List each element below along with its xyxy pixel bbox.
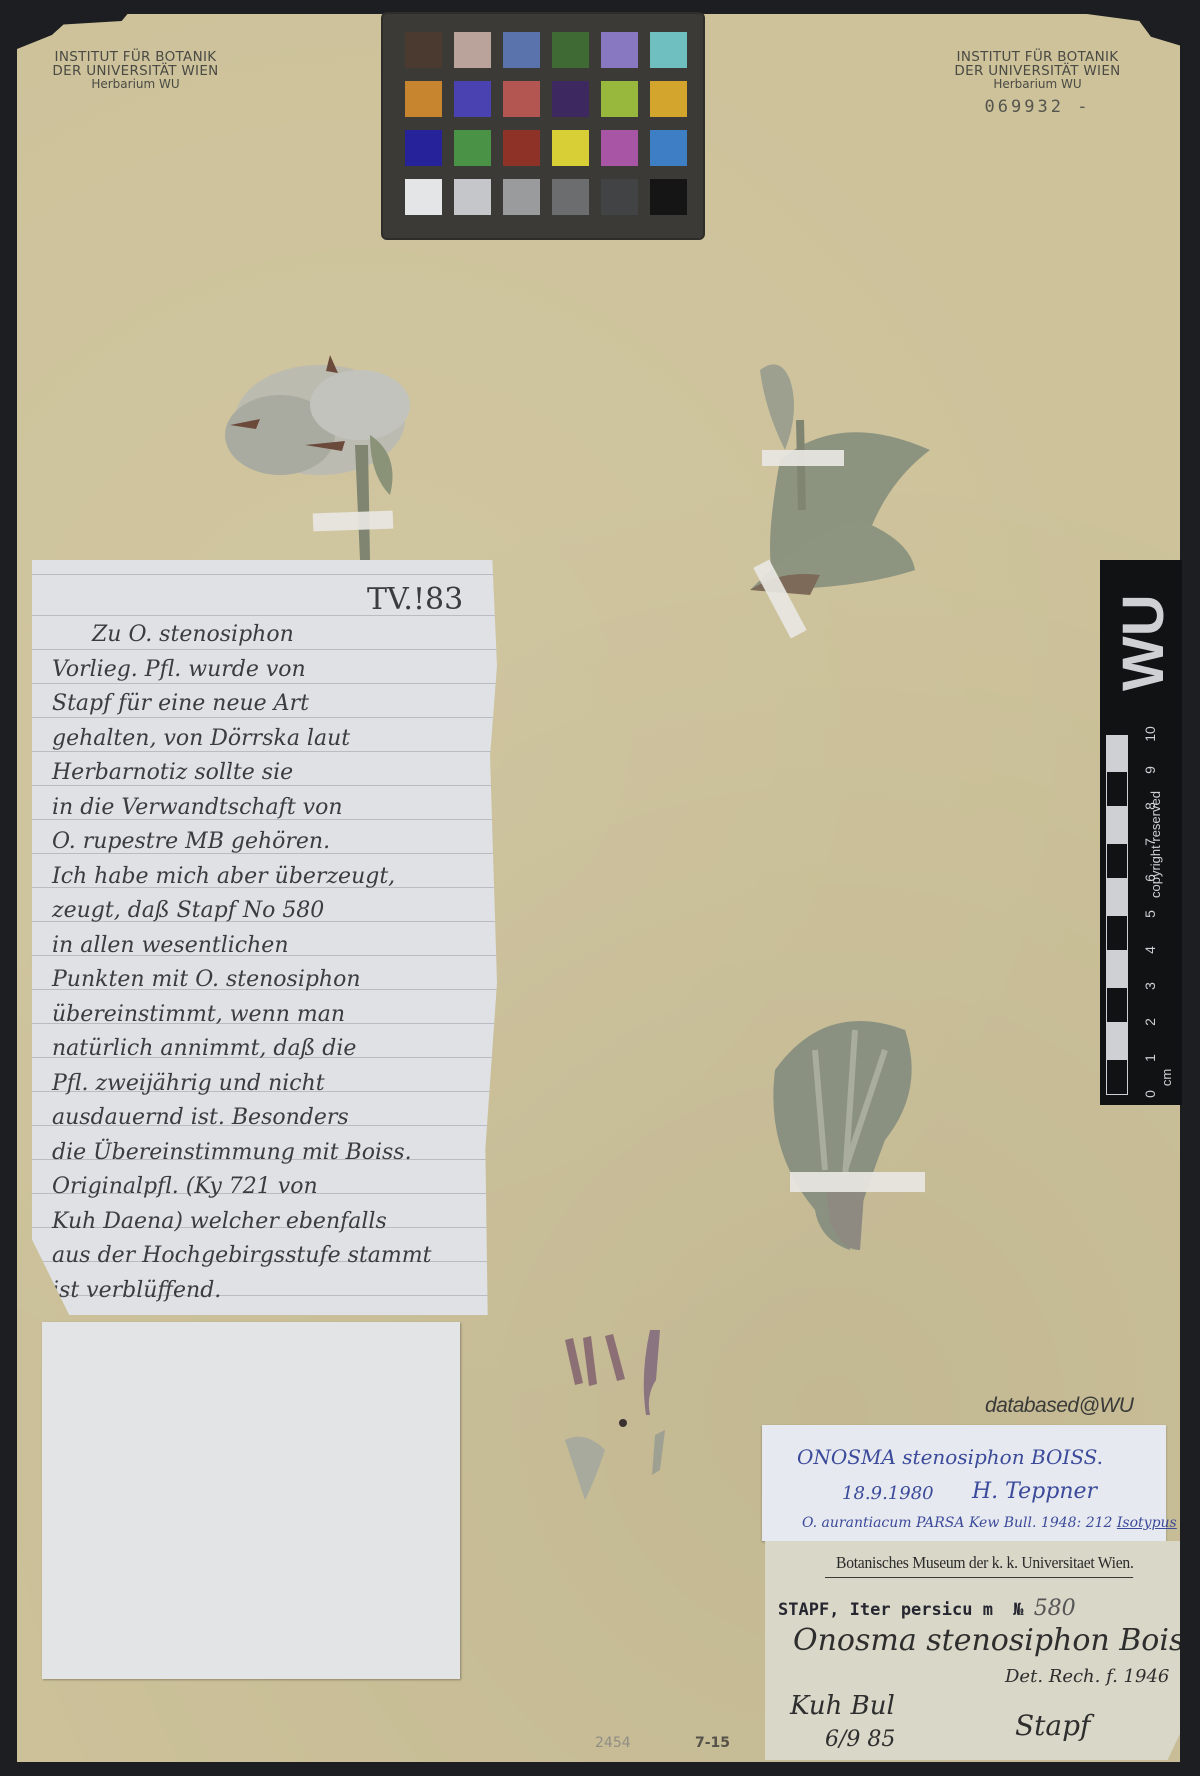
stamp-line-3: Herbarium WU <box>38 78 233 91</box>
note-line: Zu O. stenosiphon <box>92 622 294 647</box>
determination-label: ONOSMA stenosiphon BOISS. 18.9.1980 H. T… <box>762 1425 1166 1541</box>
color-patch <box>405 81 442 117</box>
ruler-tick-label: 10 <box>1142 724 1158 744</box>
collection-number: 580 <box>1034 1596 1076 1621</box>
unit-label: cm <box>1159 1069 1174 1086</box>
collector-signature: Stapf <box>1015 1709 1090 1742</box>
det-signature: H. Teppner <box>972 1479 1097 1504</box>
note-line: Originalpfl. (Ky 721 von <box>52 1174 318 1199</box>
ruler-tick-label: 2 <box>1142 1012 1158 1032</box>
note-line: O. rupestre MB gehören. <box>52 829 330 854</box>
note-line: Herbarnotiz sollte sie <box>52 760 293 785</box>
number-sign: № <box>1013 1600 1023 1620</box>
handwritten-annotation-note: TV.!83 Zu O. stenosiphonVorlieg. Pfl. wu… <box>32 560 497 1315</box>
loose-flower-parts-icon <box>555 1320 685 1500</box>
color-patch <box>503 32 540 68</box>
ruler-tick-label: 9 <box>1142 760 1158 780</box>
accession-number: 069932 - <box>950 99 1125 117</box>
databased-stamp: databased@WU <box>985 1394 1133 1418</box>
color-patch <box>552 32 589 68</box>
color-patch <box>601 32 638 68</box>
specimen-basal-rosette-icon <box>755 1010 925 1250</box>
note-line: ist verblüffend. <box>52 1278 221 1303</box>
color-patch <box>503 130 540 166</box>
color-patch <box>552 81 589 117</box>
mounting-tape <box>313 511 394 532</box>
color-patch <box>405 32 442 68</box>
det-date: 18.9.1980 <box>842 1483 934 1504</box>
note-line: Punkten mit O. stenosiphon <box>52 967 361 992</box>
note-header: TV.!83 <box>367 582 463 617</box>
pencil-mark: 7-15 <box>695 1735 730 1751</box>
ruler-segment <box>1106 1023 1128 1059</box>
color-patch <box>405 179 442 215</box>
color-patch <box>601 81 638 117</box>
color-patch <box>552 130 589 166</box>
museum-title: Botanisches Museum der k. k. Universitae… <box>825 1553 1134 1578</box>
stamp-line-2: DER UNIVERSITÄT WIEN <box>950 64 1125 78</box>
ruler-tick-label: 7 <box>1142 832 1158 852</box>
color-patch <box>405 130 442 166</box>
ruler-tick-label: 4 <box>1142 940 1158 960</box>
note-line: zeugt, daß Stapf No 580 <box>52 898 324 923</box>
color-patch <box>552 179 589 215</box>
institute-stamp-right: INSTITUT FÜR BOTANIK DER UNIVERSITÄT WIE… <box>950 50 1125 117</box>
institute-stamp-left: INSTITUT FÜR BOTANIK DER UNIVERSITÄT WIE… <box>38 50 233 91</box>
color-calibration-chart <box>383 14 703 238</box>
color-patch <box>454 179 491 215</box>
ruler-tick-label: 8 <box>1142 796 1158 816</box>
note-line: Kuh Daena) welcher ebenfalls <box>52 1209 387 1234</box>
type-status: Isotypus <box>1117 1515 1177 1531</box>
original-collection-label: Botanisches Museum der k. k. Universitae… <box>765 1541 1180 1760</box>
color-patch <box>650 32 687 68</box>
color-patch <box>650 179 687 215</box>
note-line: aus der Hochgebirgsstufe stammt <box>52 1243 431 1268</box>
note-line: in allen wesentlichen <box>52 933 289 958</box>
color-patch <box>503 81 540 117</box>
color-patch <box>650 81 687 117</box>
note-line: Pfl. zweijährig und nicht <box>52 1071 325 1096</box>
ruler-tick-label: 5 <box>1142 904 1158 924</box>
det-synonym: O. aurantiacum PARSA Kew Bull. 1948: 212 <box>802 1515 1112 1531</box>
ruler-segment <box>1106 987 1128 1023</box>
ruler-tick-label: 3 <box>1142 976 1158 996</box>
ruler-segment <box>1106 915 1128 951</box>
note-line: in die Verwandtschaft von <box>52 795 343 820</box>
mounting-tape <box>762 450 844 466</box>
fragment-envelope[interactable] <box>42 1322 460 1679</box>
note-line: gehalten, von Dörrska laut <box>52 726 350 751</box>
determination-note: Det. Rech. f. 1946 <box>1005 1666 1169 1687</box>
color-patch <box>601 179 638 215</box>
ruler-segment <box>1106 879 1128 915</box>
color-patch <box>503 179 540 215</box>
wu-logo: WU <box>1114 568 1174 718</box>
ruler-segment <box>1106 843 1128 879</box>
det-taxon: ONOSMA stenosiphon BOISS. <box>797 1445 1103 1469</box>
note-line: die Übereinstimmung mit Boiss. <box>52 1140 412 1165</box>
note-line: übereinstimmt, wenn man <box>52 1002 345 1027</box>
stamp-line-3: Herbarium WU <box>950 78 1125 91</box>
color-patch <box>650 130 687 166</box>
taxon-name: Onosma stenosiphon Boiss. <box>793 1623 1200 1658</box>
color-patch <box>454 81 491 117</box>
note-line: Vorlieg. Pfl. wurde von <box>52 657 306 682</box>
stamp-line-2: DER UNIVERSITÄT WIEN <box>38 64 233 78</box>
collection-line: STAPF, Iter persicu m № 580 <box>778 1596 1076 1621</box>
color-patch <box>454 32 491 68</box>
collection-date: 6/9 85 <box>825 1727 895 1752</box>
collection-name: STAPF, Iter persicu m <box>778 1600 993 1620</box>
pencil-mark: 2454 <box>595 1735 631 1751</box>
specimen-rosette-icon <box>720 350 940 640</box>
color-patch <box>601 130 638 166</box>
note-line: ausdauernd ist. Besonders <box>52 1105 349 1130</box>
color-patch <box>454 130 491 166</box>
scale-ruler: WU copyright reserved 012345678910 cm <box>1100 560 1182 1105</box>
note-line: Ich habe mich aber überzeugt, <box>52 864 395 889</box>
ruler-tick-label: 1 <box>1142 1048 1158 1068</box>
ruler-segment <box>1106 951 1128 987</box>
ruler-segment <box>1106 1059 1128 1095</box>
mounting-tape <box>790 1172 925 1192</box>
ruler-tick-label: 0 <box>1142 1084 1158 1104</box>
ruler-segment <box>1106 771 1128 807</box>
note-line: Stapf für eine neue Art <box>52 691 309 716</box>
ruler-segment <box>1106 735 1128 771</box>
locality: Kuh Bul <box>790 1691 895 1721</box>
note-line: natürlich annimmt, daß die <box>52 1036 356 1061</box>
ruler-segment <box>1106 807 1128 843</box>
det-synonym-line: O. aurantiacum PARSA Kew Bull. 1948: 212… <box>802 1515 1177 1531</box>
ruler-tick-label: 6 <box>1142 868 1158 888</box>
